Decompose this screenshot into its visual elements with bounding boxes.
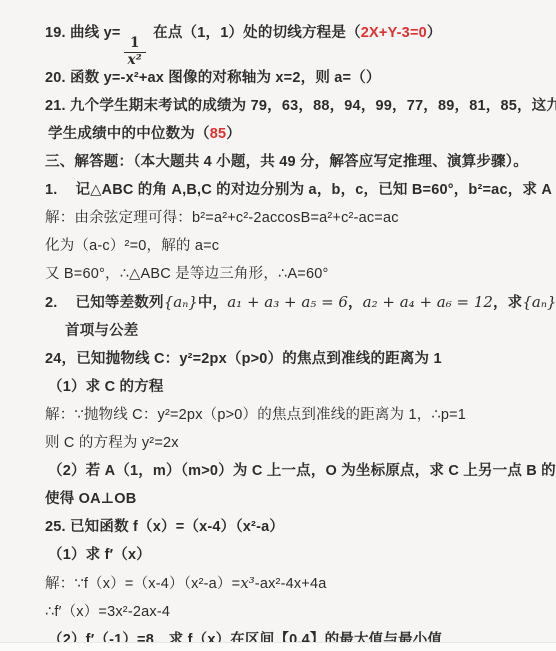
q25-part1: （1）求 f′（x）	[45, 541, 532, 569]
q2-comma1: ，	[348, 295, 363, 311]
q25-solution-line2: ∴f′（x）=3x²-2ax-4	[45, 598, 532, 626]
q25-sol1-prefix: 解：∵f（x）=（x-4）（x²-a）=	[45, 576, 240, 592]
q1-solution-line2: 化为（a-c）²=0，解的 a=c	[45, 232, 532, 260]
q25-sol1-rest: -ax²-4x+4a	[255, 576, 327, 592]
section-3-header: 三、解答题：（本大题共 4 小题，共 49 分，解答应写定推理、演算步骤）。	[45, 148, 532, 176]
q25-solution-line1: 解：∵f（x）=（x-4）（x²-a）=x³-ax²-4x+4a	[45, 569, 532, 598]
question-24: 24，已知抛物线 C：y²=2px（p>0）的焦点到准线的距离为 1	[45, 345, 532, 373]
q21-prefix: 学生成绩中的中位数为（	[48, 126, 210, 142]
question-2: 2.已知等差数列{aₙ}中，a₁ + a₃ + a₅ = 6，a₂ + a₄ +…	[45, 288, 532, 317]
q1-solution-line1: 解：由余弦定理可得：b²=a²+c²-2accosB=a²+c²-ac=ac	[45, 204, 532, 232]
q24-part2-line1: （2）若 A（1，m）（m>0）为 C 上一点，O 为坐标原点，求 C 上另一点…	[45, 457, 532, 485]
q19-mid: 在点（1，1）处的切线方程是（	[149, 25, 361, 41]
q24-part1: （1）求 C 的方程	[45, 373, 532, 401]
question-20: 20. 函数 y=-x²+ax 图像的对称轴为 x=2，则 a=（）	[45, 64, 532, 92]
q2-equation-1: a₁ + a₃ + a₅ = 6	[227, 293, 348, 311]
photo-bottom-edge	[0, 642, 556, 651]
q25-sol1-cubic-term: x³	[240, 574, 254, 592]
question-21-line1: 21. 九个学生期末考试的成绩为 79，63，88，94，99，77，89，81…	[45, 92, 532, 120]
question-19: 19. 曲线 y=1x² 在点（1，1）处的切线方程是（2X+Y-3=0）	[45, 2, 532, 64]
q19-answer: 2X+Y-3=0	[361, 25, 427, 41]
question-21-line2: 学生成绩中的中位数为（85）	[45, 120, 532, 148]
q2-sequence-symbol-2: {aₙ}	[522, 293, 556, 311]
q24-solution-line1: 解：∵抛物线 C：y²=2px（p>0）的焦点到准线的距离为 1，∴p=1	[45, 401, 532, 429]
q1-number: 1.	[45, 182, 58, 198]
q2-lead: 已知等差数列	[76, 295, 164, 311]
question-2-line2: 首项与公差	[45, 317, 532, 345]
q21-answer: 85	[210, 126, 227, 142]
q2-equation-2: a₂ + a₄ + a₆ = 12	[363, 293, 493, 311]
q1-text: 记△ABC 的角 A,B,C 的对边分别为 a，b，c，已知 B=60°，b²=…	[76, 182, 553, 198]
q2-comma2: ，	[493, 295, 508, 311]
q1-solution-line3: 又 B=60°，∴△ABC 是等边三角形，∴A=60°	[45, 260, 532, 288]
q2-tail: 求	[508, 295, 523, 311]
question-1: 1.记△ABC 的角 A,B,C 的对边分别为 a，b，c，已知 B=60°，b…	[45, 176, 532, 204]
q19-prefix: 19. 曲线 y=	[45, 25, 121, 41]
q2-number: 2.	[45, 295, 58, 311]
q19-close: ）	[427, 25, 442, 41]
worksheet-page: 19. 曲线 y=1x² 在点（1，1）处的切线方程是（2X+Y-3=0） 20…	[0, 0, 556, 651]
q2-sequence-symbol: {aₙ}	[164, 293, 198, 311]
q24-solution-line2: 则 C 的方程为 y²=2x	[45, 429, 532, 457]
q21-close: ）	[226, 126, 241, 142]
q2-mid: 中，	[198, 295, 227, 311]
q24-part2-line2: 使得 OA⊥OB	[45, 485, 532, 513]
question-25: 25. 已知函数 f（x）=（x-4）（x²-a）	[45, 513, 532, 541]
q19-frac-numerator: 1	[126, 36, 144, 52]
